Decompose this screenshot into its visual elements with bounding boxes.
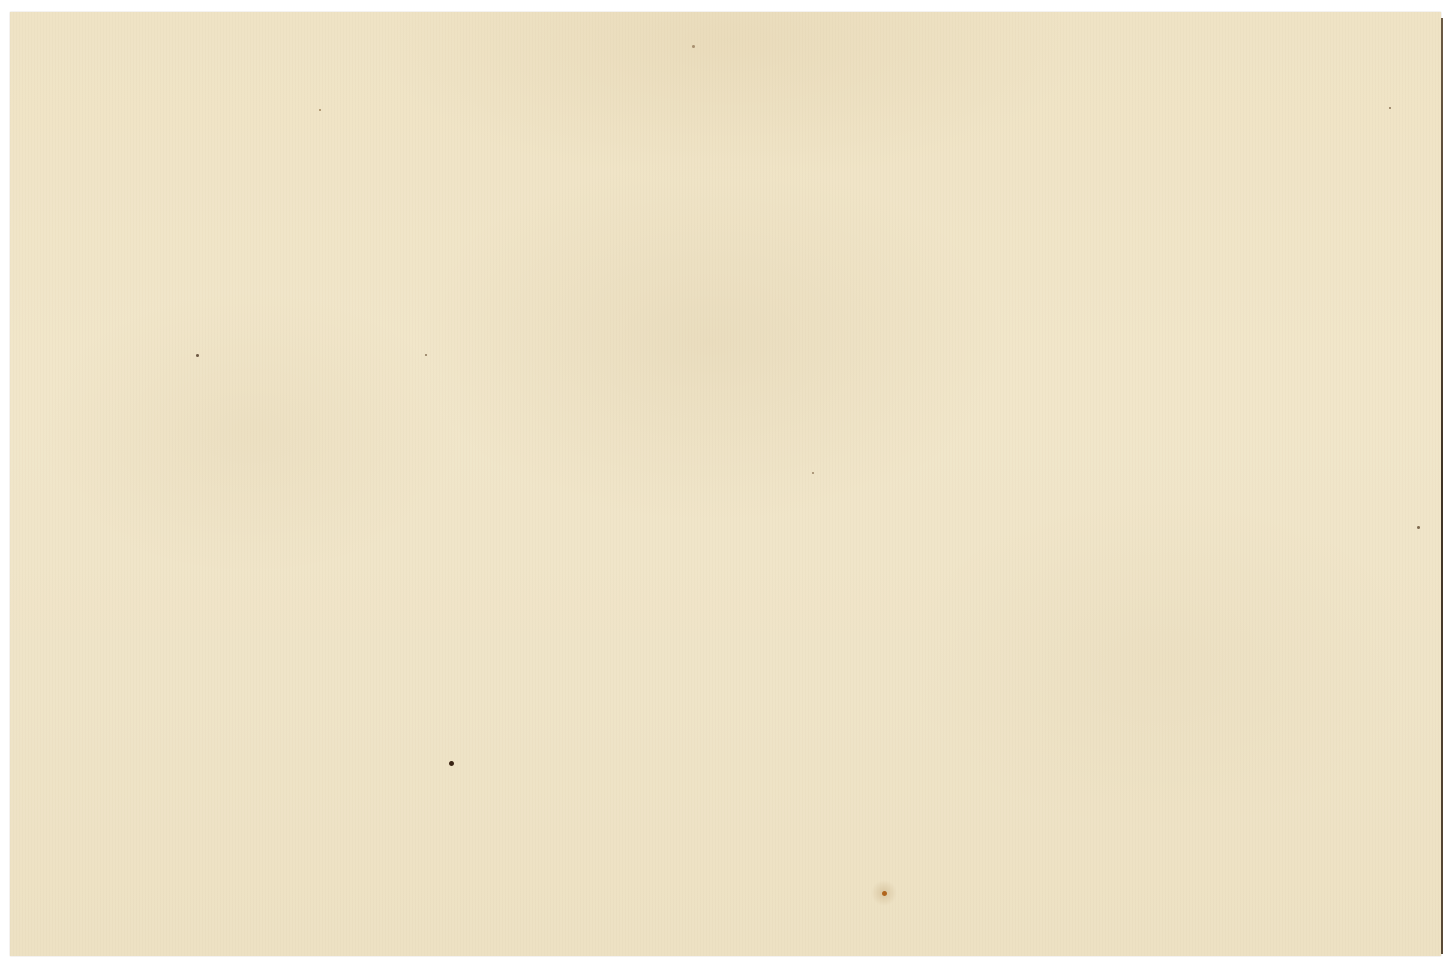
speck-1 <box>196 354 199 357</box>
aged-paper-sheet <box>10 12 1441 956</box>
speck-3 <box>1417 526 1420 529</box>
speck-2 <box>319 109 321 111</box>
foxing-spot-rust <box>882 891 887 896</box>
background <box>0 0 1452 972</box>
speck-6 <box>425 354 427 356</box>
speck-7 <box>812 472 814 474</box>
paper-right-edge-shadow <box>1441 18 1443 954</box>
speck-4 <box>692 45 695 48</box>
speck-5 <box>1389 107 1391 109</box>
foxing-spot-dark <box>449 761 454 766</box>
